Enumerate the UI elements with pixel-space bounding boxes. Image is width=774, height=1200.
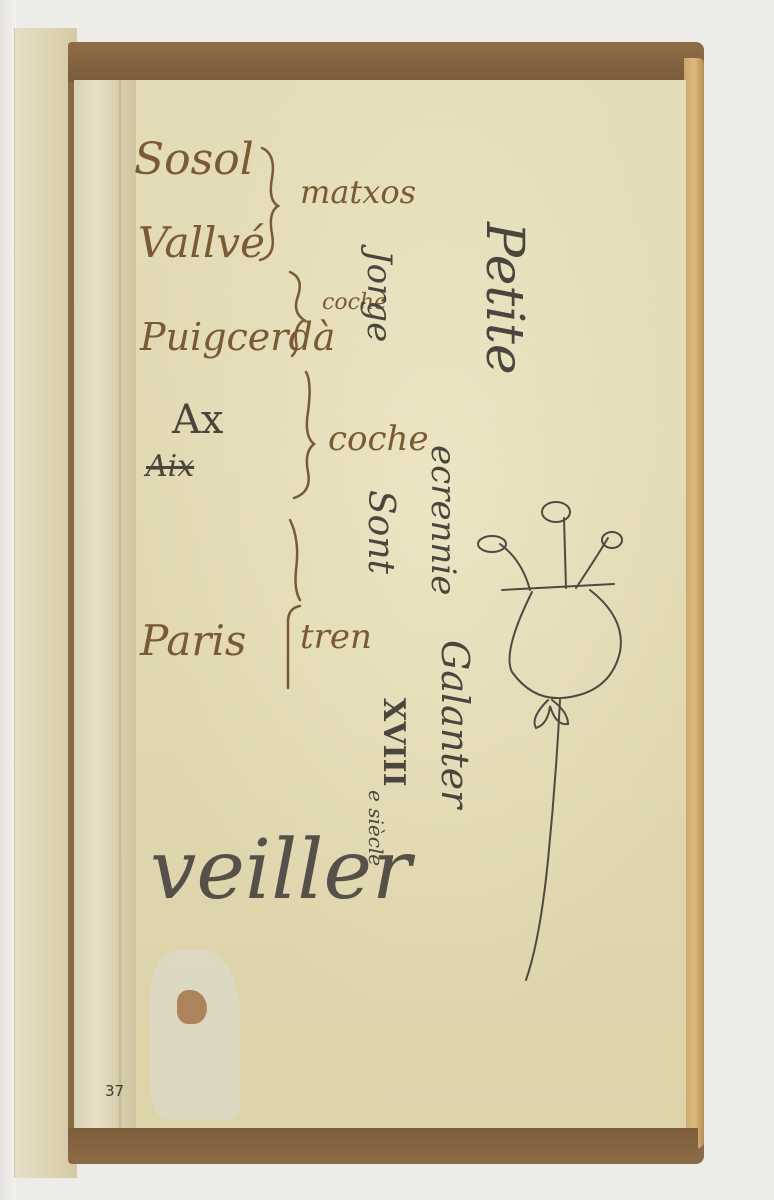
note-vallve: Vallvé xyxy=(138,222,265,264)
note-coche-2: coche xyxy=(328,422,429,456)
note-aix-struck: Aix xyxy=(146,452,194,482)
note-matxos: matxos xyxy=(300,176,416,208)
note-ax: Ax xyxy=(172,400,223,440)
pencil-jorge: Jorge xyxy=(362,250,396,342)
note-paris: Paris xyxy=(140,620,246,662)
pencil-roman-numeral: XVIII xyxy=(378,698,408,787)
gutter-crease xyxy=(118,80,122,1130)
pencil-sont: Sont xyxy=(362,490,398,574)
pencil-veiller: veiller xyxy=(150,830,411,912)
note-tren: tren xyxy=(300,620,372,654)
sketchbook-photo: Sosol Vallvé Puigcerdà Paris matxos coch… xyxy=(0,0,774,1200)
cover-top-edge xyxy=(68,42,700,82)
pencil-ecrennie: ecrennie xyxy=(426,445,460,595)
brown-stain xyxy=(177,990,207,1024)
binding-gutter xyxy=(74,80,136,1130)
pencil-petite: Petite xyxy=(478,222,530,375)
pencil-galanter: Galanter xyxy=(436,640,474,808)
cover-bottom-edge xyxy=(68,1128,698,1162)
torn-paper-area xyxy=(150,950,240,1120)
cover-right-edge xyxy=(684,58,704,1148)
note-puigcerda: Puigcerdà xyxy=(140,318,335,356)
page-number: 37 xyxy=(105,1082,124,1100)
note-sosol: Sosol xyxy=(134,138,254,182)
